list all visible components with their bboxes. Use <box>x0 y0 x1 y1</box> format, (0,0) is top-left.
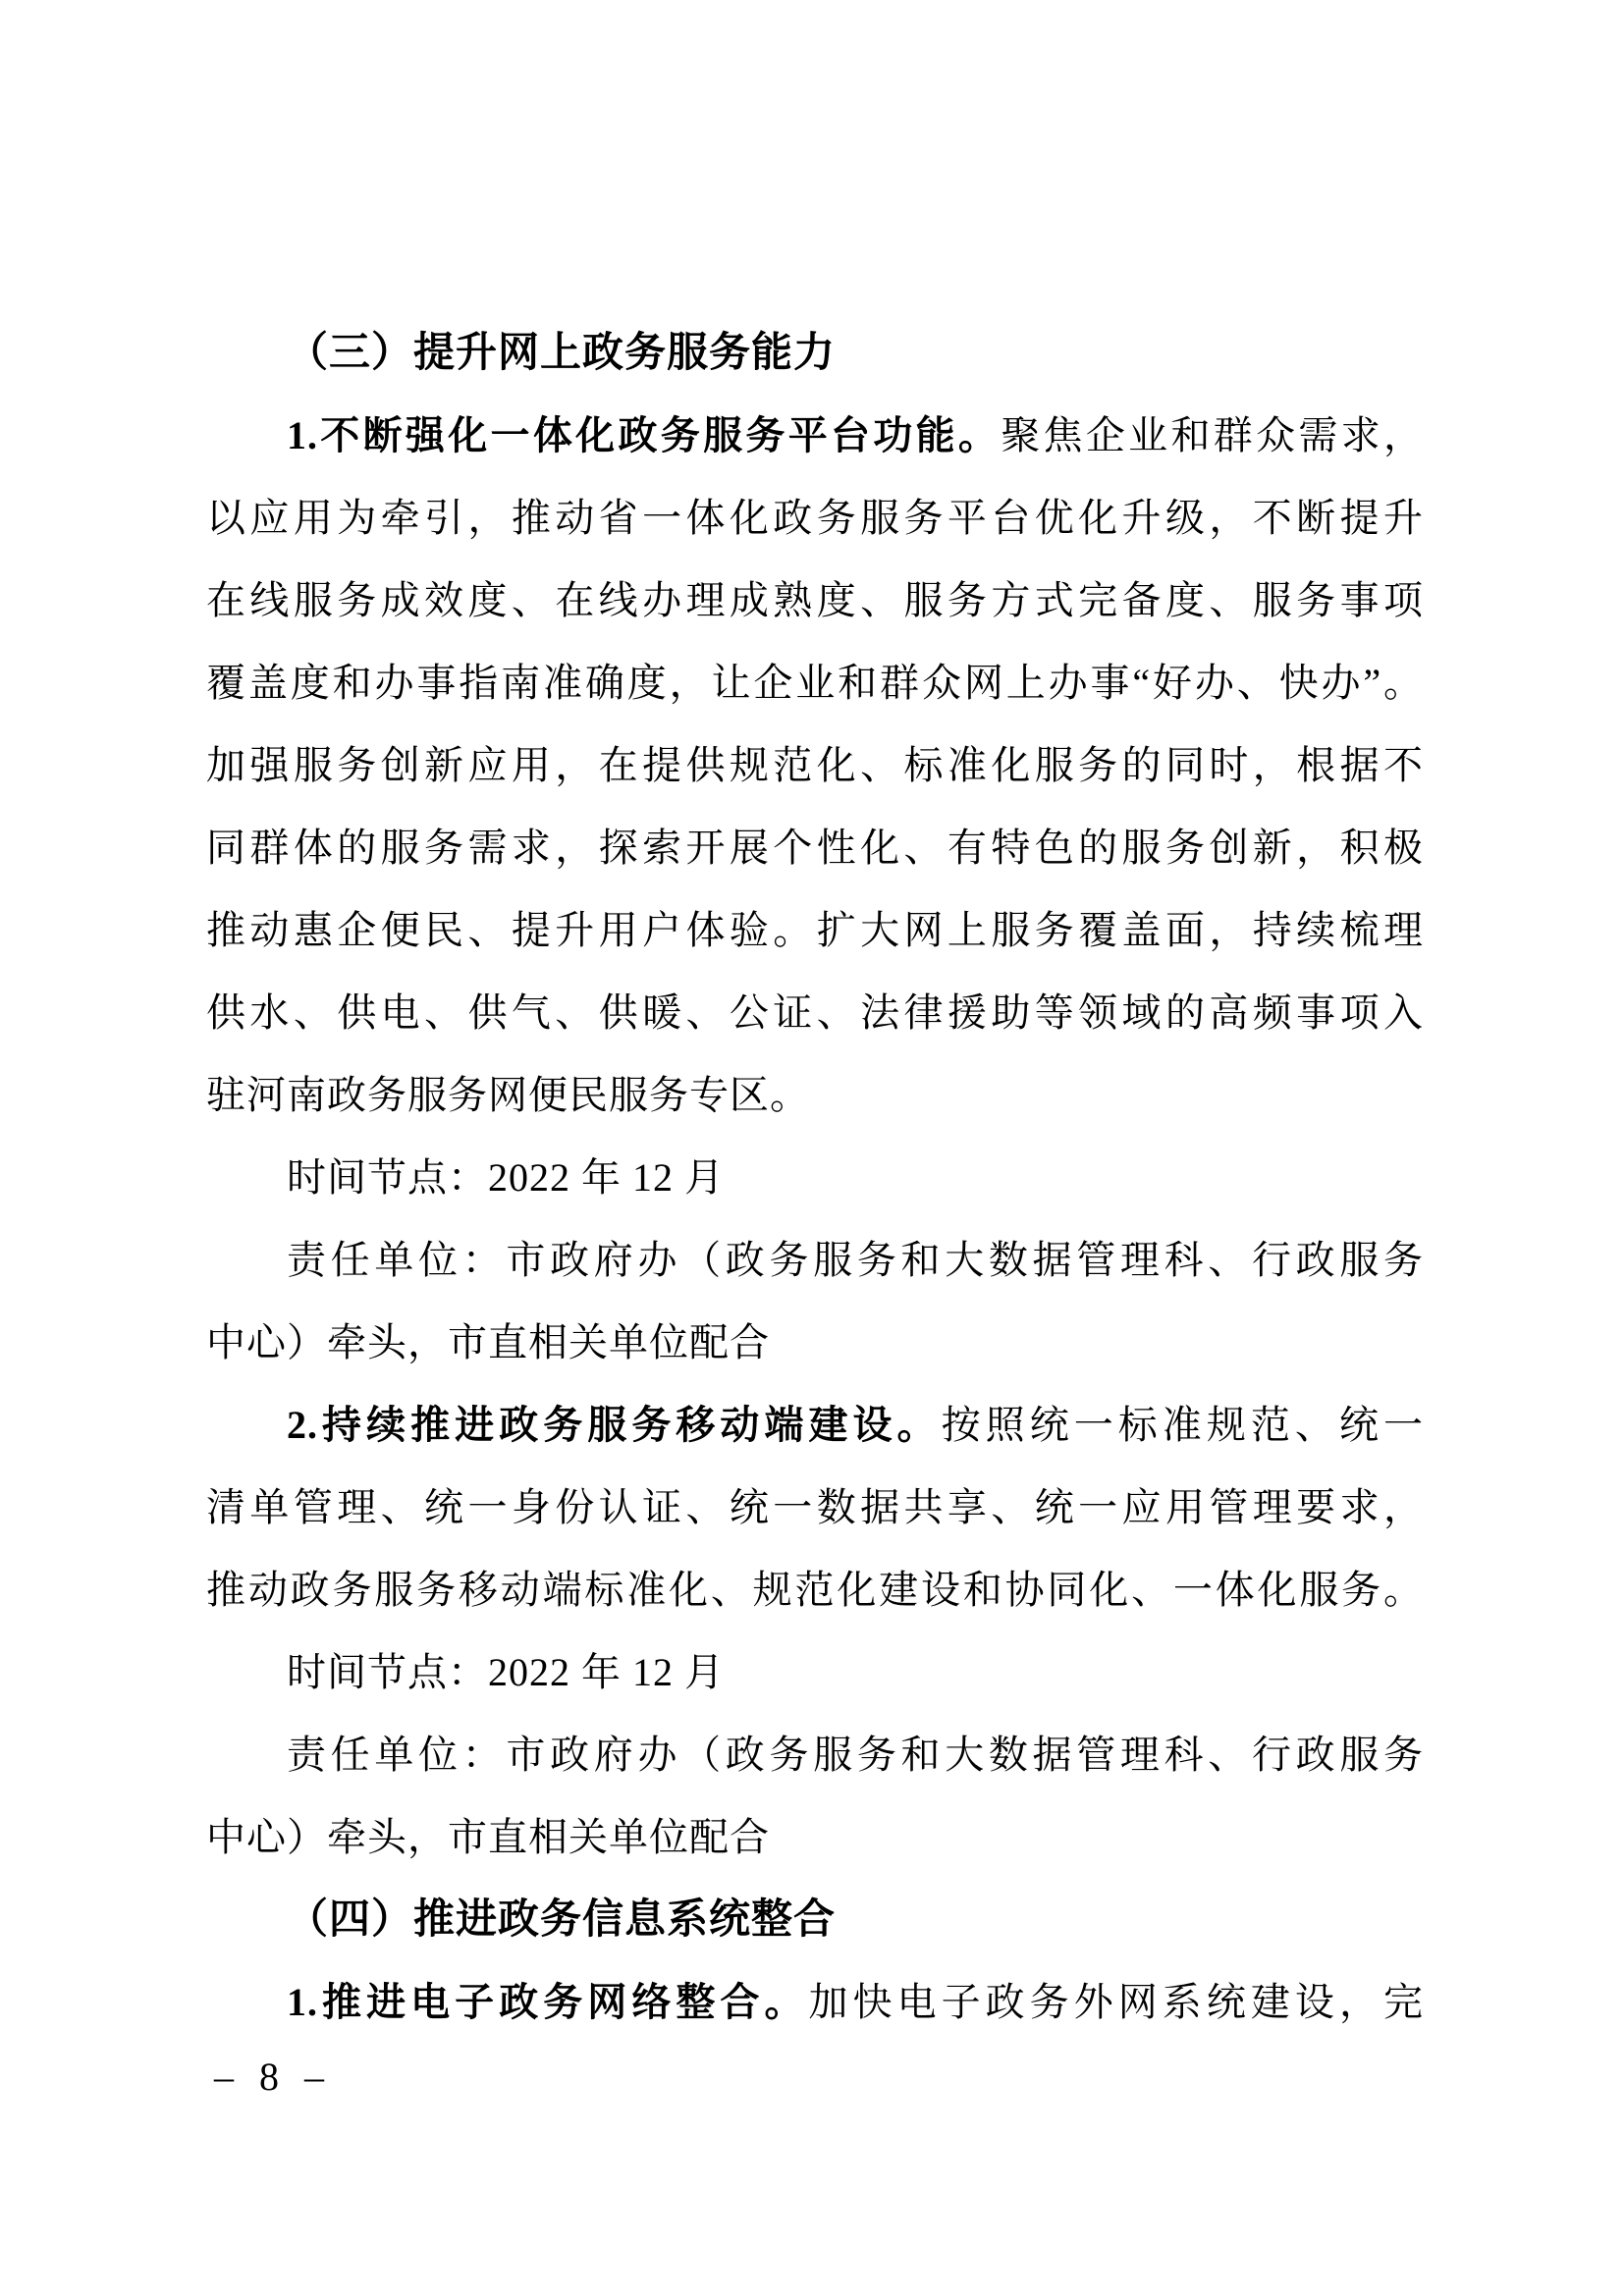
line-text: 驻河南政务服务网便民服务专区。 <box>206 1073 810 1117</box>
document-line: 责任单位：市政府办（政务服务和大数据管理科、行政服务 <box>206 1219 1424 1302</box>
document-line: 驻河南政务服务网便民服务专区。 <box>206 1054 1424 1137</box>
heading-line: （四）推进政务信息系统整合 <box>206 1879 1424 1961</box>
bold-run-in-heading: （四）推进政务信息系统整合 <box>287 1897 836 1943</box>
document-line: 1.不断强化一体化政务服务平台功能。聚焦企业和群众需求， <box>206 395 1424 477</box>
document-page: （三）提升网上政务服务能力1.不断强化一体化政务服务平台功能。聚焦企业和群众需求… <box>0 0 1624 2296</box>
line-text: 加快电子政务外网系统建设，完 <box>808 1980 1424 2024</box>
line-text: 按照统一标准规范、统一 <box>942 1403 1424 1447</box>
document-line: 1.推进电子政务网络整合。加快电子政务外网系统建设，完 <box>206 1961 1424 2044</box>
document-line: 时间节点：2022 年 12 月 <box>206 1137 1424 1219</box>
heading-line: （三）提升网上政务服务能力 <box>206 312 1424 395</box>
document-line: 中心）牵头，市直相关单位配合 <box>206 1796 1424 1879</box>
page-number: – 8 – <box>214 2054 332 2101</box>
line-text: 中心）牵头，市直相关单位配合 <box>206 1815 770 1859</box>
document-line: 2.持续推进政务服务移动端建设。按照统一标准规范、统一 <box>206 1384 1424 1467</box>
bold-run-in-heading: 1.不断强化一体化政务服务平台功能。 <box>287 413 1001 457</box>
document-line: 覆盖度和办事指南准确度，让企业和群众网上办事“好办、快办”。 <box>206 642 1424 724</box>
line-text: 推动政务服务移动端标准化、规范化建设和协同化、一体化服务。 <box>206 1568 1424 1612</box>
line-text: 在线服务成效度、在线办理成熟度、服务方式完备度、服务事项 <box>206 578 1424 622</box>
document-line: 在线服务成效度、在线办理成熟度、服务方式完备度、服务事项 <box>206 560 1424 642</box>
document-line: 以应用为牵引，推动省一体化政务服务平台优化升级，不断提升 <box>206 477 1424 560</box>
line-text: 同群体的服务需求，探索开展个性化、有特色的服务创新，积极 <box>206 826 1424 870</box>
document-line: 推动政务服务移动端标准化、规范化建设和协同化、一体化服务。 <box>206 1549 1424 1631</box>
line-text: 推动惠企便民、提升用户体验。扩大网上服务覆盖面，持续梳理 <box>206 908 1424 952</box>
document-line: 中心）牵头，市直相关单位配合 <box>206 1302 1424 1384</box>
line-text: 责任单位：市政府办（政务服务和大数据管理科、行政服务 <box>287 1733 1424 1777</box>
line-text: 聚焦企业和群众需求， <box>1001 413 1424 457</box>
document-line: 清单管理、统一身份认证、统一数据共享、统一应用管理要求， <box>206 1467 1424 1549</box>
document-line: 推动惠企便民、提升用户体验。扩大网上服务覆盖面，持续梳理 <box>206 889 1424 972</box>
document-line: 同群体的服务需求，探索开展个性化、有特色的服务创新，积极 <box>206 807 1424 889</box>
document-body: （三）提升网上政务服务能力1.不断强化一体化政务服务平台功能。聚焦企业和群众需求… <box>206 312 1424 2044</box>
document-line: 供水、供电、供气、供暖、公证、法律援助等领域的高频事项入 <box>206 972 1424 1054</box>
line-text: 时间节点：2022 年 12 月 <box>287 1155 725 1200</box>
line-text: 加强服务创新应用，在提供规范化、标准化服务的同时，根据不 <box>206 743 1424 787</box>
line-text: 时间节点：2022 年 12 月 <box>287 1650 725 1694</box>
document-line: 时间节点：2022 年 12 月 <box>206 1631 1424 1714</box>
line-text: 供水、供电、供气、供暖、公证、法律援助等领域的高频事项入 <box>206 990 1424 1035</box>
line-text: 覆盖度和办事指南准确度，让企业和群众网上办事“好办、快办”。 <box>206 661 1424 705</box>
document-line: 责任单位：市政府办（政务服务和大数据管理科、行政服务 <box>206 1714 1424 1796</box>
line-text: 责任单位：市政府办（政务服务和大数据管理科、行政服务 <box>287 1238 1424 1282</box>
line-text: 清单管理、统一身份认证、统一数据共享、统一应用管理要求， <box>206 1485 1424 1529</box>
line-text: 以应用为牵引，推动省一体化政务服务平台优化升级，不断提升 <box>206 496 1424 540</box>
bold-run-in-heading: 2.持续推进政务服务移动端建设。 <box>287 1403 942 1447</box>
document-line: 加强服务创新应用，在提供规范化、标准化服务的同时，根据不 <box>206 724 1424 807</box>
bold-run-in-heading: 1.推进电子政务网络整合。 <box>287 1980 808 2024</box>
bold-run-in-heading: （三）提升网上政务服务能力 <box>287 331 836 376</box>
line-text: 中心）牵头，市直相关单位配合 <box>206 1320 770 1364</box>
